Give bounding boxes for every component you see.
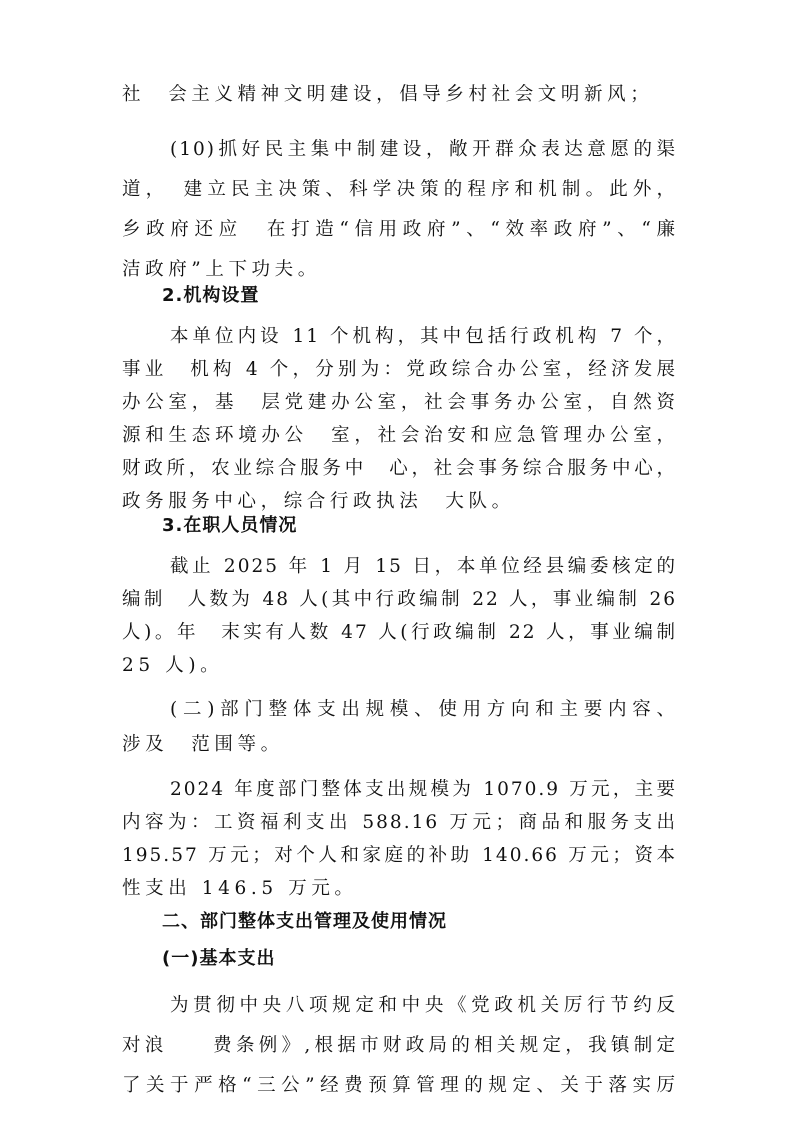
paragraph-line: 195.57 万元；对个人和家庭的补助 140.66 万元；资本: [122, 844, 677, 868]
paragraph-line: 人)。年 末实有人数 47 人(行政编制 22 人，事业编制: [122, 621, 677, 645]
paragraph-line: (二)部门整体支出规模、使用方向和主要内容、: [170, 698, 677, 722]
paragraph-line: 了关于严格“三公”经费预算管理的规定、关于落实厉: [122, 1074, 677, 1098]
paragraph-line: 涉及 范围等。: [122, 733, 677, 757]
paragraph-line: 为贯彻中央八项规定和中央《党政机关厉行节约反: [170, 994, 677, 1018]
paragraph-line: 洁政府”上下功夫。: [122, 258, 677, 282]
paragraph-line: 源和生态环境办公 室，社会治安和应急管理办公室，: [122, 424, 677, 448]
paragraph-line: 道， 建立民主决策、科学决策的程序和机制。此外，: [122, 178, 677, 202]
paragraph-line: 编制 人数为 48 人(其中行政编制 22 人，事业编制 26: [122, 588, 677, 612]
paragraph-line: 财政所，农业综合服务中 心，社会事务综合服务中心，: [122, 457, 677, 481]
paragraph-line: 办公室，基 层党建办公室，社会事务办公室，自然资: [122, 391, 677, 415]
section-heading: 2.机构设置: [162, 284, 669, 308]
paragraph-line: 本单位内设 11 个机构，其中包括行政机构 7 个，: [170, 325, 677, 349]
paragraph-line: 性支出 146.5 万元。: [122, 877, 677, 901]
paragraph-line: 政务服务中心，综合行政执法 大队。: [122, 490, 677, 514]
paragraph-line: (10)抓好民主集中制建设，敞开群众表达意愿的渠: [170, 138, 677, 162]
paragraph-line: 25 人)。: [122, 654, 677, 678]
paragraph-line: 2024 年度部门整体支出规模为 1070.9 万元，主要: [170, 778, 677, 802]
section-heading: 3.在职人员情况: [162, 514, 669, 538]
paragraph-line: 乡政府还应 在打造“信用政府”、“效率政府”、“廉: [122, 218, 677, 242]
paragraph-line: 截止 2025 年 1 月 15 日，本单位经县编委核定的: [170, 555, 677, 579]
section-heading: 二、部门整体支出管理及使用情况: [162, 910, 669, 934]
paragraph-line: 对浪 费条例》,根据市财政局的相关规定，我镇制定: [122, 1034, 677, 1058]
paragraph-line: 内容为：工资福利支出 588.16 万元；商品和服务支出: [122, 811, 677, 835]
paragraph-line: 事业 机构 4 个，分别为：党政综合办公室，经济发展: [122, 358, 677, 382]
section-heading: (一)基本支出: [162, 947, 669, 971]
paragraph-line: 社 会主义精神文明建设，倡导乡村社会文明新风；: [122, 83, 677, 107]
